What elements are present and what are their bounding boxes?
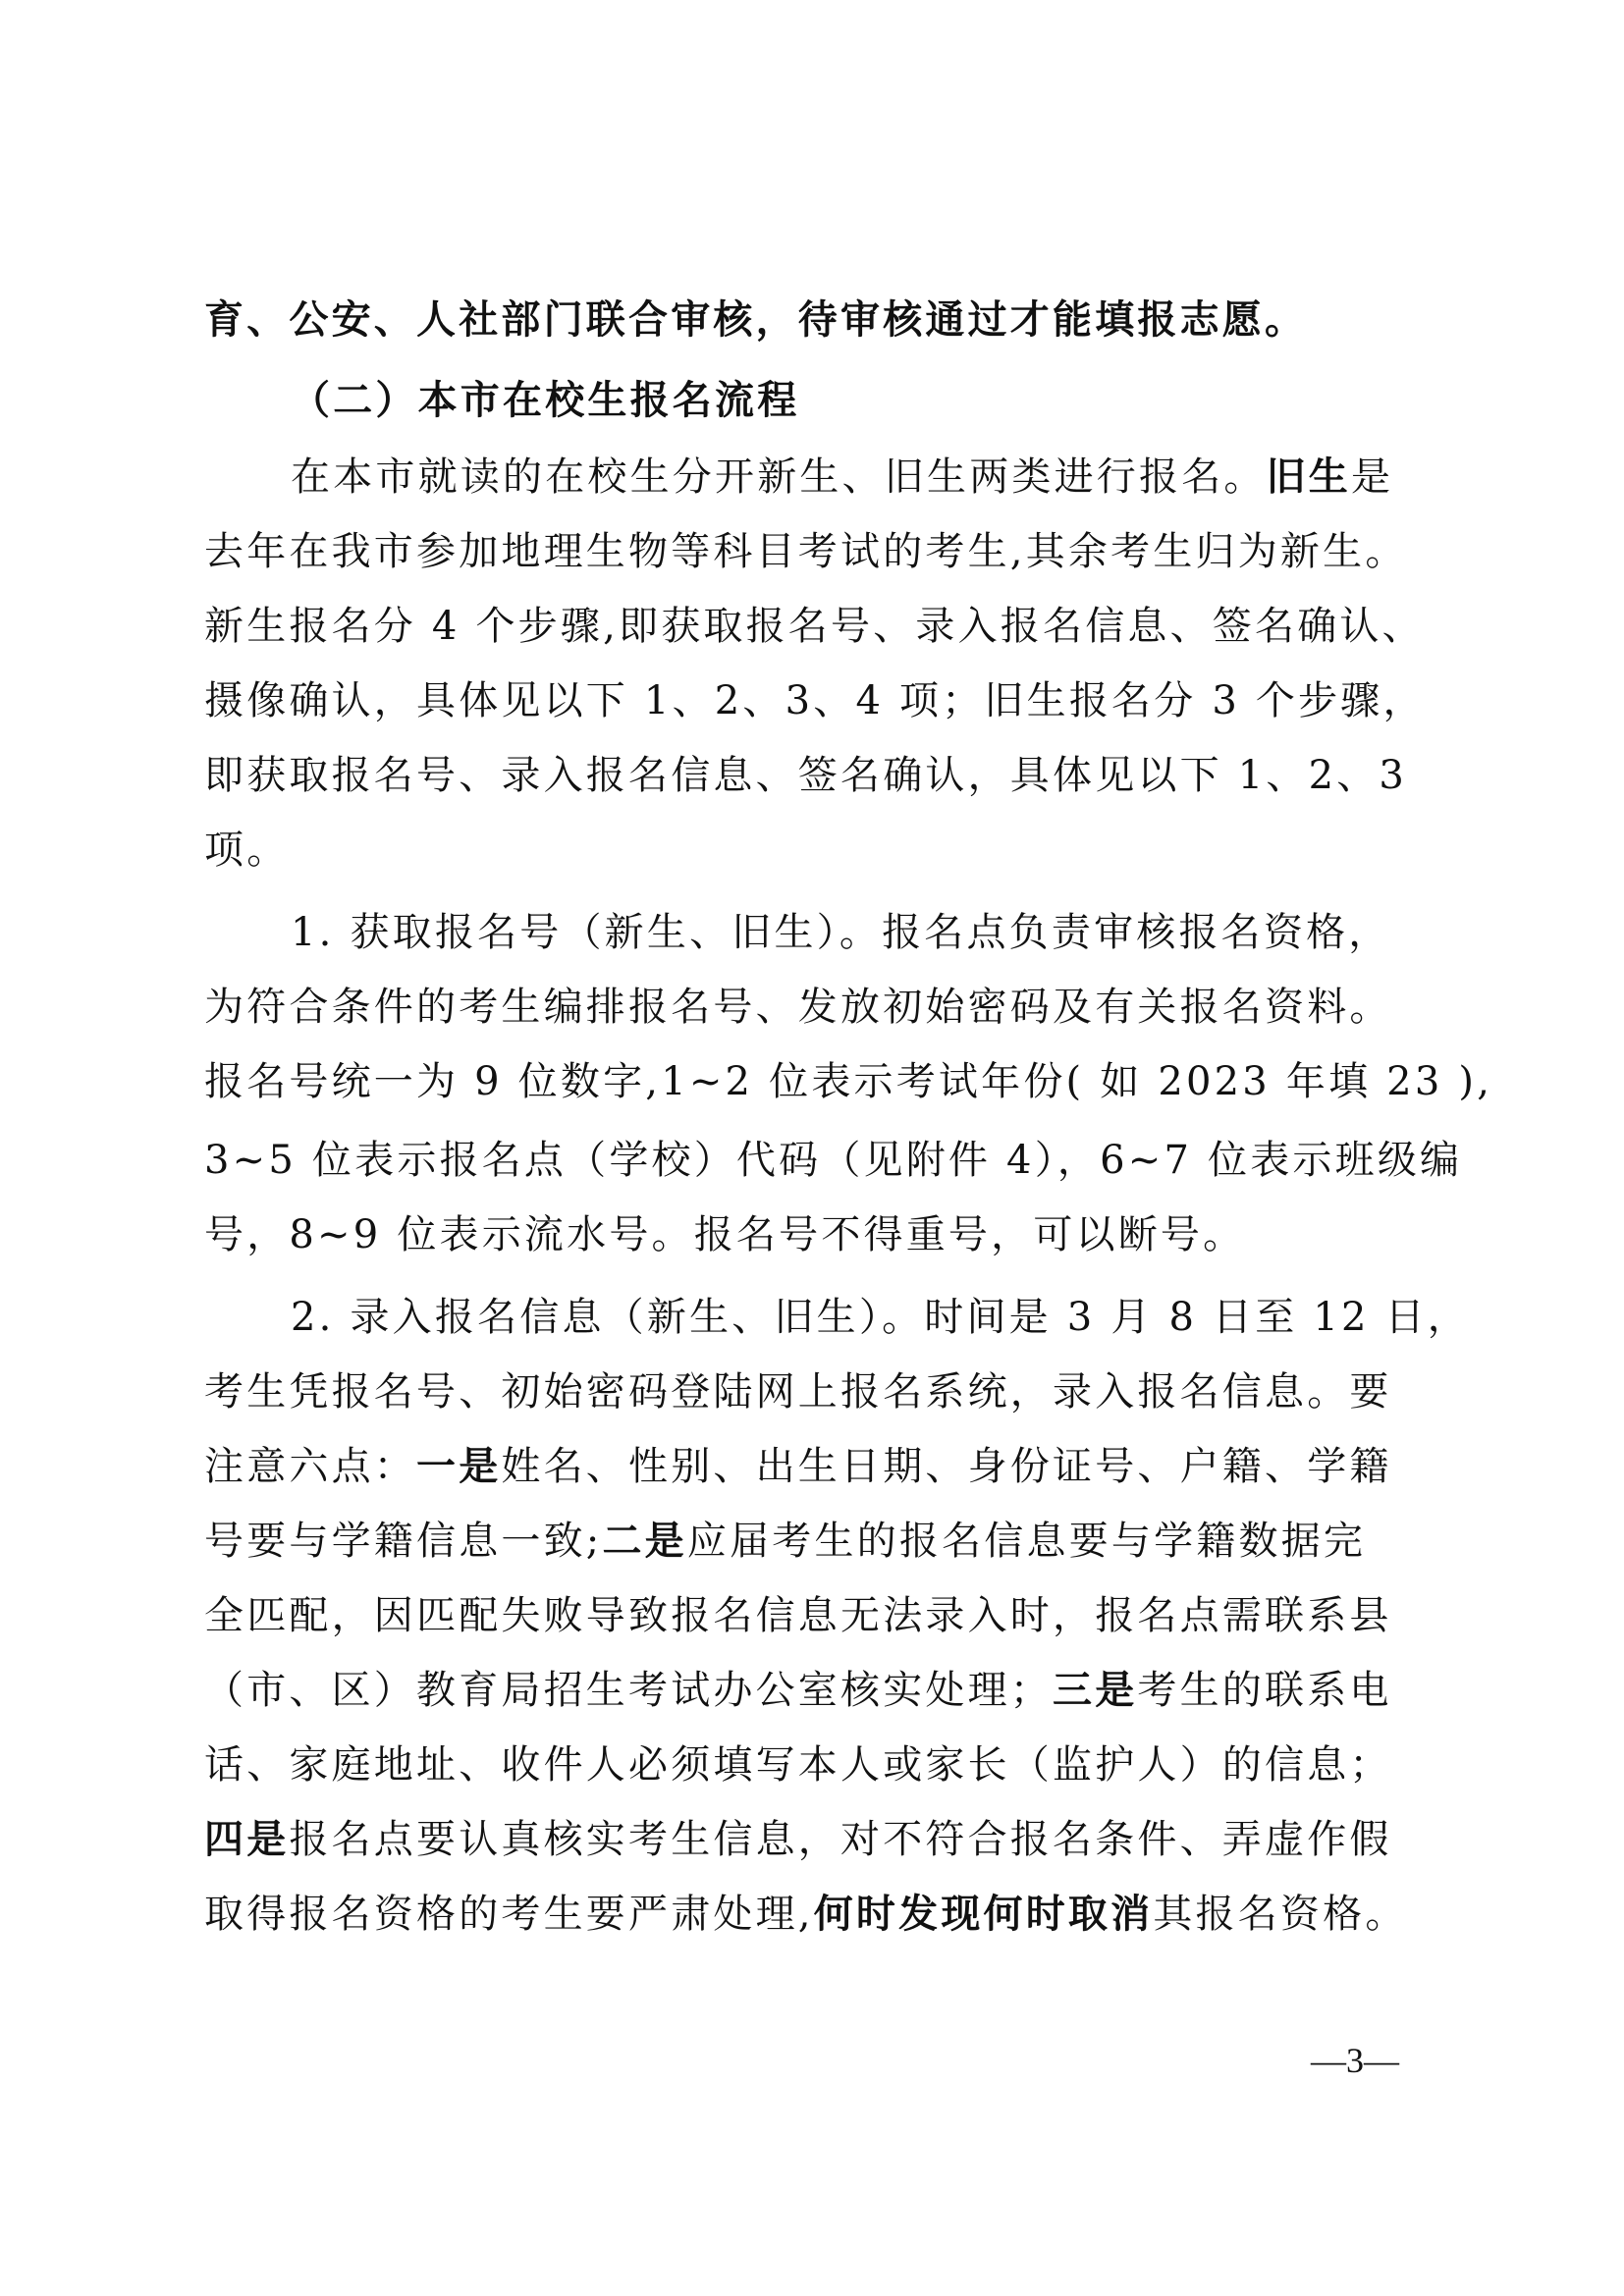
bold-emphasis: 二是 bbox=[602, 1519, 686, 1564]
paragraph-line: 报名号统一为 9 位数字,1~2 位表示考试年份( 如 2023 年填 23 )… bbox=[204, 1056, 1422, 1107]
line-text: 考生的联系电 bbox=[1137, 1668, 1391, 1713]
paragraph-line: 注意六点：一是姓名、性别、出生日期、身份证号、户籍、学籍 bbox=[204, 1441, 1422, 1492]
paragraph-line: 全匹配，因匹配失败导致报名信息无法录入时，报名点需联系县 bbox=[204, 1590, 1422, 1641]
line-text: 是 bbox=[1351, 454, 1393, 500]
paragraph-line: 四是报名点要认真核实考生信息，对不符合报名条件、弄虚作假 bbox=[204, 1814, 1422, 1865]
bold-emphasis: 三是 bbox=[1053, 1668, 1137, 1713]
document-page: 育、公安、人社部门联合审核，待审核通过才能填报志愿。 （二）本市在校生报名流程 … bbox=[0, 0, 1624, 2296]
line-text: 注意六点： bbox=[204, 1444, 416, 1489]
paragraph-line: 在本市就读的在校生分开新生、旧生两类进行报名。旧生是 bbox=[204, 452, 1508, 503]
paragraph-line: 即获取报名号、录入报名信息、签名确认，具体见以下 1、2、3 bbox=[204, 750, 1422, 801]
paragraph-line: 话、家庭地址、收件人必须填写本人或家长（监护人）的信息； bbox=[204, 1739, 1422, 1790]
paragraph-line: 号，8~9 位表示流水号。报名号不得重号，可以断号。 bbox=[204, 1209, 1422, 1260]
paragraph-line: 项。 bbox=[204, 825, 1422, 876]
paragraph-line: 为符合条件的考生编排报名号、发放初始密码及有关报名资料。 bbox=[204, 982, 1422, 1033]
bold-emphasis: 何时发现何时取消 bbox=[814, 1892, 1154, 1937]
bold-emphasis: 四是 bbox=[204, 1817, 289, 1862]
bold-emphasis: 旧生 bbox=[1267, 454, 1351, 500]
paragraph-line: 新生报名分 4 个步骤,即获取报名号、录入报名信息、签名确认、 bbox=[204, 601, 1422, 652]
bold-emphasis: 一是 bbox=[416, 1444, 501, 1489]
line-text: 号要与学籍信息一致; bbox=[204, 1519, 602, 1564]
line-text: 其报名资格。 bbox=[1153, 1892, 1407, 1937]
paragraph-line: 2. 录入报名信息（新生、旧生）。时间是 3 月 8 日至 12 日， bbox=[204, 1292, 1508, 1343]
line-text: 报名点要认真核实考生信息，对不符合报名条件、弄虚作假 bbox=[289, 1817, 1391, 1862]
paragraph-line: 摄像确认，具体见以下 1、2、3、4 项；旧生报名分 3 个步骤， bbox=[204, 675, 1422, 726]
line-text: （市、区）教育局招生考试办公室核实处理； bbox=[204, 1668, 1053, 1713]
paragraph-line: 考生凭报名号、初始密码登陆网上报名系统，录入报名信息。要 bbox=[204, 1366, 1422, 1417]
paragraph-line: （市、区）教育局招生考试办公室核实处理；三是考生的联系电 bbox=[204, 1665, 1422, 1716]
line-text: 姓名、性别、出生日期、身份证号、户籍、学籍 bbox=[501, 1444, 1391, 1489]
paragraph-line: 1. 获取报名号（新生、旧生）。报名点负责审核报名资格， bbox=[204, 907, 1508, 958]
paragraph-line: 去年在我市参加地理生物等科目考试的考生,其余考生归为新生。 bbox=[204, 526, 1422, 577]
line-text: 在本市就读的在校生分开新生、旧生两类进行报名。 bbox=[291, 454, 1267, 500]
line-text: 取得报名资格的考生要严肃处理, bbox=[204, 1892, 814, 1937]
line-text: 应届考生的报名信息要与学籍数据完 bbox=[687, 1519, 1366, 1564]
page-number: —3— bbox=[1311, 2040, 1399, 2081]
paragraph-line: 号要与学籍信息一致;二是应届考生的报名信息要与学籍数据完 bbox=[204, 1516, 1422, 1567]
paragraph-line: 3~5 位表示报名点（学校）代码（见附件 4），6~7 位表示班级编 bbox=[204, 1135, 1422, 1186]
paragraph-line: 育、公安、人社部门联合审核，待审核通过才能填报志愿。 bbox=[204, 294, 1422, 346]
paragraph-line: 取得报名资格的考生要严肃处理,何时发现何时取消其报名资格。 bbox=[204, 1889, 1422, 1940]
section-heading: （二）本市在校生报名流程 bbox=[204, 375, 1508, 426]
